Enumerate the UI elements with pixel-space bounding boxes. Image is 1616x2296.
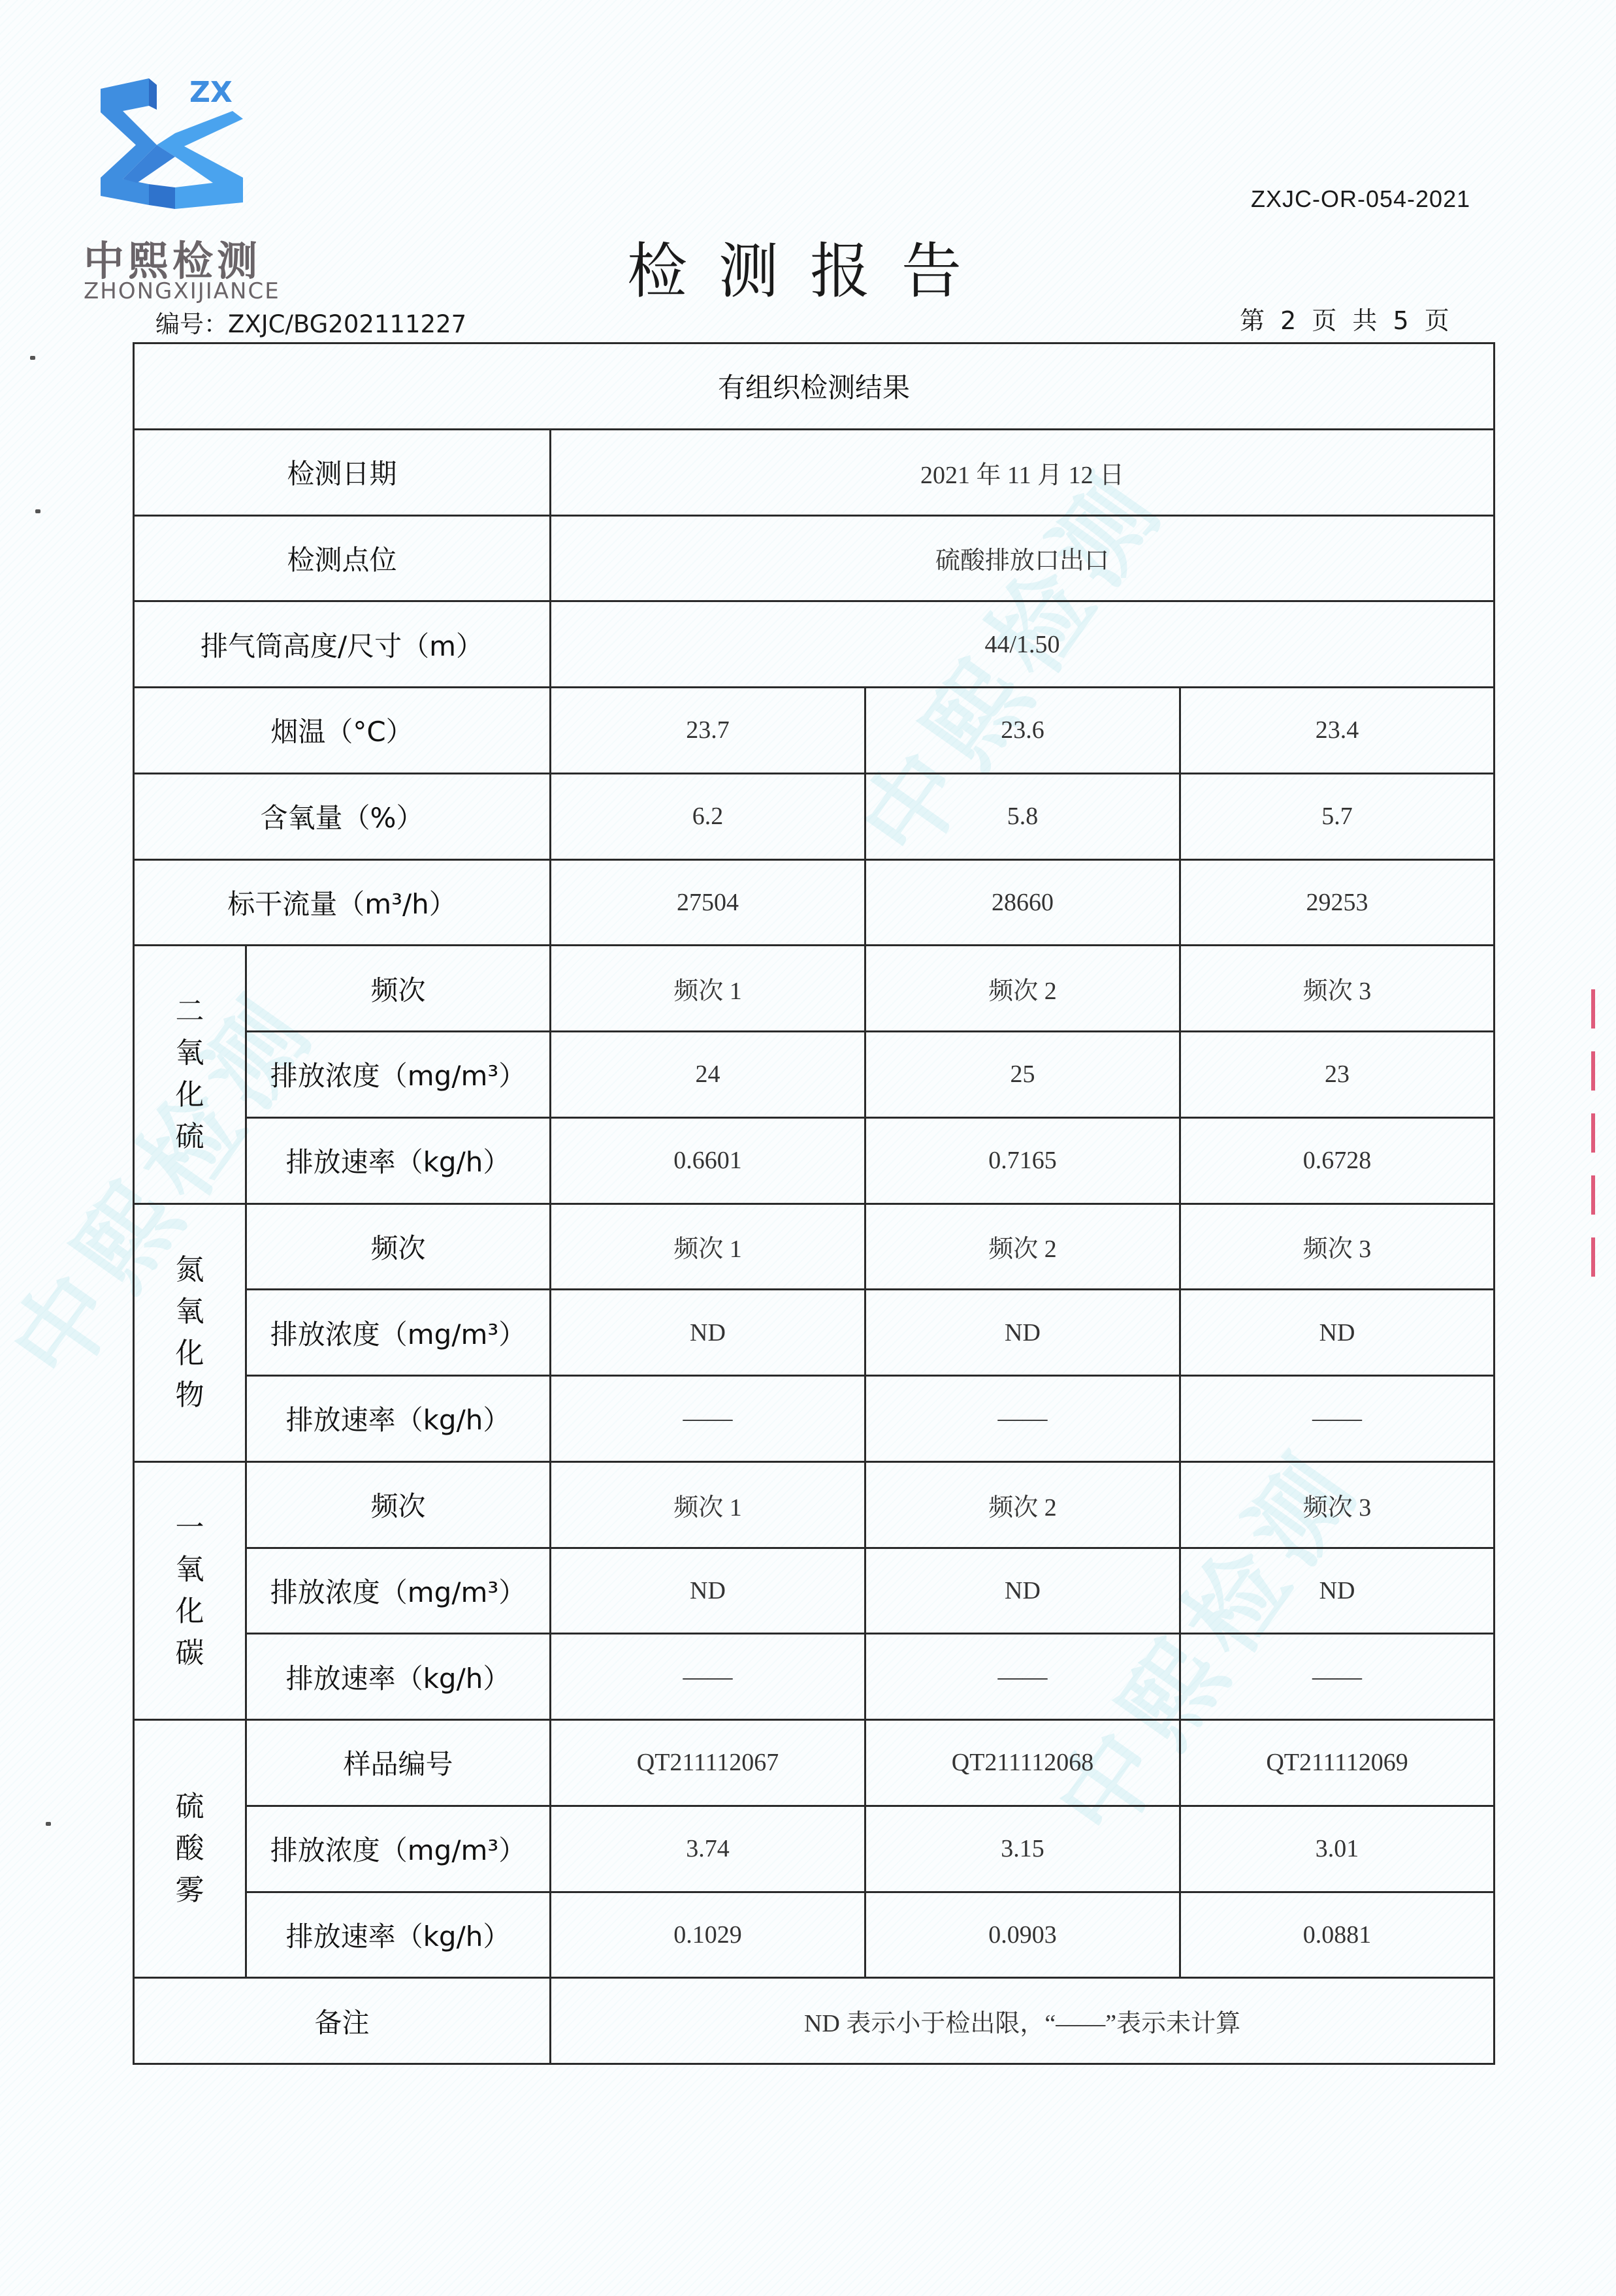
table-row: 排放浓度（mg/m³） ND ND ND — [134, 1548, 1495, 1634]
table-row: 含氧量（%） 6.2 5.8 5.7 — [134, 773, 1495, 859]
row-label: 频次 — [246, 1461, 551, 1548]
cell-value: 25 — [865, 1032, 1180, 1118]
cell-value: ND — [551, 1290, 865, 1376]
row-label: 排放浓度（mg/m³） — [246, 1032, 551, 1118]
cell-value: —— — [551, 1634, 865, 1720]
cell-value: QT211112068 — [865, 1720, 1180, 1806]
cell-value: 频次 3 — [1180, 1204, 1495, 1290]
cell-value: 3.01 — [1180, 1806, 1495, 1892]
row-label: 烟温（°C） — [134, 688, 551, 774]
cell-value: 27504 — [551, 859, 865, 946]
cell-value: 0.7165 — [865, 1117, 1180, 1204]
document-title: 检测报告 — [627, 223, 993, 310]
cell-value: 5.8 — [865, 773, 1180, 859]
company-logo-icon: ZX — [98, 73, 261, 210]
cell-value: ND — [865, 1290, 1180, 1376]
cell-value: 24 — [551, 1032, 865, 1118]
cell-value: —— — [865, 1376, 1180, 1462]
cell-value: 5.7 — [1180, 773, 1495, 859]
cell-value: 频次 2 — [865, 1461, 1180, 1548]
table-title-row: 有组织检测结果 — [134, 343, 1495, 430]
row-label: 排放浓度（mg/m³） — [246, 1290, 551, 1376]
cell-value: 频次 2 — [865, 946, 1180, 1032]
row-label: 排气筒高度/尺寸（m） — [134, 601, 551, 688]
cell-value: 23.7 — [551, 688, 865, 774]
cell-value: 3.74 — [551, 1806, 865, 1892]
group-label-co: 一氧化碳 — [134, 1461, 246, 1719]
cell-value: ND — [1180, 1548, 1495, 1634]
cell-value: 频次 2 — [865, 1204, 1180, 1290]
table-row: 硫酸雾 样品编号 QT211112067 QT211112068 QT21111… — [134, 1720, 1495, 1806]
cell-value: —— — [1180, 1376, 1495, 1462]
cell-value: —— — [551, 1376, 865, 1462]
row-label: 排放速率（kg/h） — [246, 1892, 551, 1978]
results-table: 有组织检测结果 检测日期 2021 年 11 月 12 日 检测点位 硫酸排放口… — [133, 342, 1495, 2065]
scan-mark — [30, 356, 35, 360]
cell-value: 23.4 — [1180, 688, 1495, 774]
table-row: 排放浓度（mg/m³） 24 25 23 — [134, 1032, 1495, 1118]
scan-mark — [35, 509, 40, 513]
cell-value: 0.0881 — [1180, 1892, 1495, 1978]
cell-value: 28660 — [865, 859, 1180, 946]
row-value: 硫酸排放口出口 — [551, 515, 1495, 601]
cell-value: 6.2 — [551, 773, 865, 859]
cell-value: 29253 — [1180, 859, 1495, 946]
scan-mark — [46, 1822, 51, 1826]
cell-value: 频次 1 — [551, 1204, 865, 1290]
group-label-nox: 氮氧化物 — [134, 1204, 246, 1461]
cell-value: 0.6601 — [551, 1117, 865, 1204]
cell-value: 频次 1 — [551, 1461, 865, 1548]
row-label: 频次 — [246, 946, 551, 1032]
table-row: 检测点位 硫酸排放口出口 — [134, 515, 1495, 601]
cell-value: 0.1029 — [551, 1892, 865, 1978]
cell-value: 23 — [1180, 1032, 1495, 1118]
cell-value: 0.6728 — [1180, 1117, 1495, 1204]
row-label: 标干流量（m³/h） — [134, 859, 551, 946]
table-row: 排放浓度（mg/m³） ND ND ND — [134, 1290, 1495, 1376]
cell-value: 频次 3 — [1180, 946, 1495, 1032]
group-label-sulfuric-acid-mist: 硫酸雾 — [134, 1720, 246, 1978]
page-indicator: 第 2 页 共 5 页 — [1240, 300, 1453, 336]
cell-value: ND — [551, 1548, 865, 1634]
row-label: 检测日期 — [134, 429, 551, 515]
cell-value: QT211112067 — [551, 1720, 865, 1806]
row-label: 检测点位 — [134, 515, 551, 601]
row-label: 含氧量（%） — [134, 773, 551, 859]
cell-value: 0.0903 — [865, 1892, 1180, 1978]
seal-stamp-edge — [1591, 989, 1595, 1277]
cell-value: 23.6 — [865, 688, 1180, 774]
table-row: 排放浓度（mg/m³） 3.74 3.15 3.01 — [134, 1806, 1495, 1892]
report-number: 编号：ZXJC/BG202111227 — [155, 304, 466, 340]
form-code: ZXJC-OR-054-2021 — [1251, 185, 1470, 213]
table-row: 排放速率（kg/h） 0.1029 0.0903 0.0881 — [134, 1892, 1495, 1978]
table-row: 排放速率（kg/h） 0.6601 0.7165 0.6728 — [134, 1117, 1495, 1204]
remarks-row: 备注 ND 表示小于检出限，“——”表示未计算 — [134, 1978, 1495, 2064]
row-label: 排放浓度（mg/m³） — [246, 1548, 551, 1634]
cell-value: 频次 3 — [1180, 1461, 1495, 1548]
cell-value: ND — [865, 1548, 1180, 1634]
table-row: 排气筒高度/尺寸（m） 44/1.50 — [134, 601, 1495, 688]
table-title: 有组织检测结果 — [134, 343, 1495, 430]
row-label: 排放速率（kg/h） — [246, 1117, 551, 1204]
row-value: 2021 年 11 月 12 日 — [551, 429, 1495, 515]
svg-text:ZX: ZX — [189, 76, 233, 109]
table-row: 烟温（°C） 23.7 23.6 23.4 — [134, 688, 1495, 774]
row-value: 44/1.50 — [551, 601, 1495, 688]
row-label: 排放浓度（mg/m³） — [246, 1806, 551, 1892]
row-label: 样品编号 — [246, 1720, 551, 1806]
cell-value: QT211112069 — [1180, 1720, 1495, 1806]
row-label: 频次 — [246, 1204, 551, 1290]
remarks-value: ND 表示小于检出限，“——”表示未计算 — [551, 1978, 1495, 2064]
cell-value: —— — [865, 1634, 1180, 1720]
remarks-label: 备注 — [134, 1978, 551, 2064]
table-row: 排放速率（kg/h） —— —— —— — [134, 1376, 1495, 1462]
cell-value: 频次 1 — [551, 946, 865, 1032]
cell-value: —— — [1180, 1634, 1495, 1720]
company-name-en: ZHONGXIJIANCE — [84, 278, 280, 304]
group-label-so2: 二氧化硫 — [134, 946, 246, 1204]
cell-value: 3.15 — [865, 1806, 1180, 1892]
table-row: 排放速率（kg/h） —— —— —— — [134, 1634, 1495, 1720]
cell-value: ND — [1180, 1290, 1495, 1376]
table-row: 二氧化硫 频次 频次 1 频次 2 频次 3 — [134, 946, 1495, 1032]
table-row: 一氧化碳 频次 频次 1 频次 2 频次 3 — [134, 1461, 1495, 1548]
table-row: 检测日期 2021 年 11 月 12 日 — [134, 429, 1495, 515]
table-row: 氮氧化物 频次 频次 1 频次 2 频次 3 — [134, 1204, 1495, 1290]
row-label: 排放速率（kg/h） — [246, 1634, 551, 1720]
table-row: 标干流量（m³/h） 27504 28660 29253 — [134, 859, 1495, 946]
row-label: 排放速率（kg/h） — [246, 1376, 551, 1462]
